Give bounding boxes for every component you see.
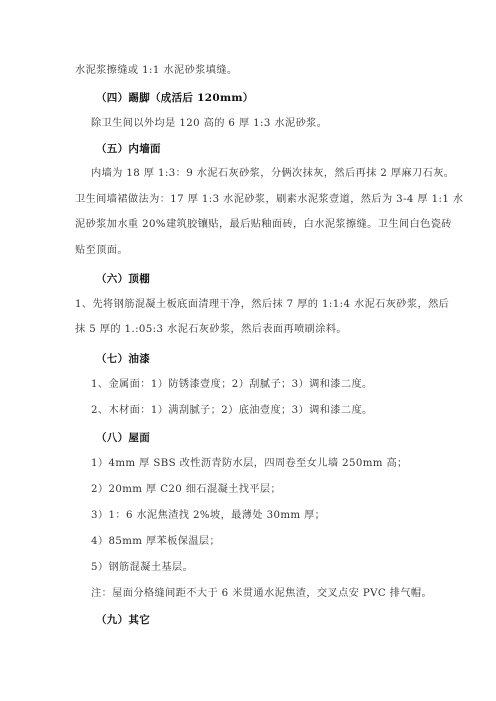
- document-page: 水泥浆擦缝或 1:1 水泥砂浆填缝。 （四）踢脚（成活后 120mm） 除卫生间…: [0, 0, 496, 701]
- paragraph-line: 水泥浆擦缝或 1:1 水泥砂浆填缝。: [75, 64, 238, 78]
- paragraph-line: 2）20mm 厚 C20 细石混凝土找平层；: [91, 483, 281, 497]
- paragraph-line: 1、先将钢筋混凝土板底面清理干净，然后抹 7 厚的 1:1:4 水泥石灰砂浆，然…: [75, 298, 449, 312]
- paragraph-line: 泥砂浆加水重 20%建筑胶镶贴，最后贴釉面砖，白水泥浆擦缝。卫生间白色瓷砖: [75, 218, 452, 232]
- paragraph-line: 3）1：6 水泥焦渣找 2%坡，最薄处 30mm 厚；: [91, 509, 325, 523]
- paragraph-line: 4）85mm 厚苯板保温层；: [91, 535, 220, 549]
- paragraph-line: 卫生间墙裙做法为：17 厚 1:3 水泥砂浆，刷素水泥浆壹道，然后为 3-4 厚…: [75, 193, 463, 207]
- section-heading-baseboard: （四）踢脚（成活后 120mm）: [96, 91, 254, 105]
- roof-note: 注：屋面分格缝间距不大于 6 米贯通水泥焦渣，交叉点安 PVC 排气帽。: [91, 587, 432, 601]
- paragraph-line: 抹 5 厚的 1.:05:3 水泥石灰砂浆，然后表面再喷刷涂料。: [75, 323, 347, 337]
- paragraph-line: 5）钢筋混凝土基层。: [91, 561, 193, 575]
- section-heading-roof: （八）屋面: [96, 431, 150, 445]
- section-heading-ceiling: （六）顶棚: [96, 272, 150, 286]
- paragraph-line: 1、金属面：1）防锈漆壹度；2）刮腻子；3）调和漆二度。: [91, 378, 373, 392]
- paragraph-line: 内墙为 18 厚 1:3：9 水泥石灰砂浆，分俩次抹灰，然后再抹 2 厚麻刀石灰…: [91, 167, 454, 181]
- paragraph-line: 1）4mm 厚 SBS 改性沥青防水层，四周卷至女儿墙 250mm 高；: [91, 457, 408, 471]
- paragraph-line: 除卫生间以外均是 120 高的 6 厚 1:3 水泥砂浆。: [91, 117, 327, 131]
- paragraph-line: 贴至顶面。: [75, 244, 128, 258]
- section-heading-paint: （七）油漆: [96, 352, 150, 366]
- section-heading-interior-wall: （五）内墙面: [96, 142, 161, 156]
- section-heading-other: （九）其它: [96, 613, 150, 627]
- paragraph-line: 2、木材面：1）满刮腻子；2）底油壹度；3）调和漆二度。: [91, 404, 373, 418]
